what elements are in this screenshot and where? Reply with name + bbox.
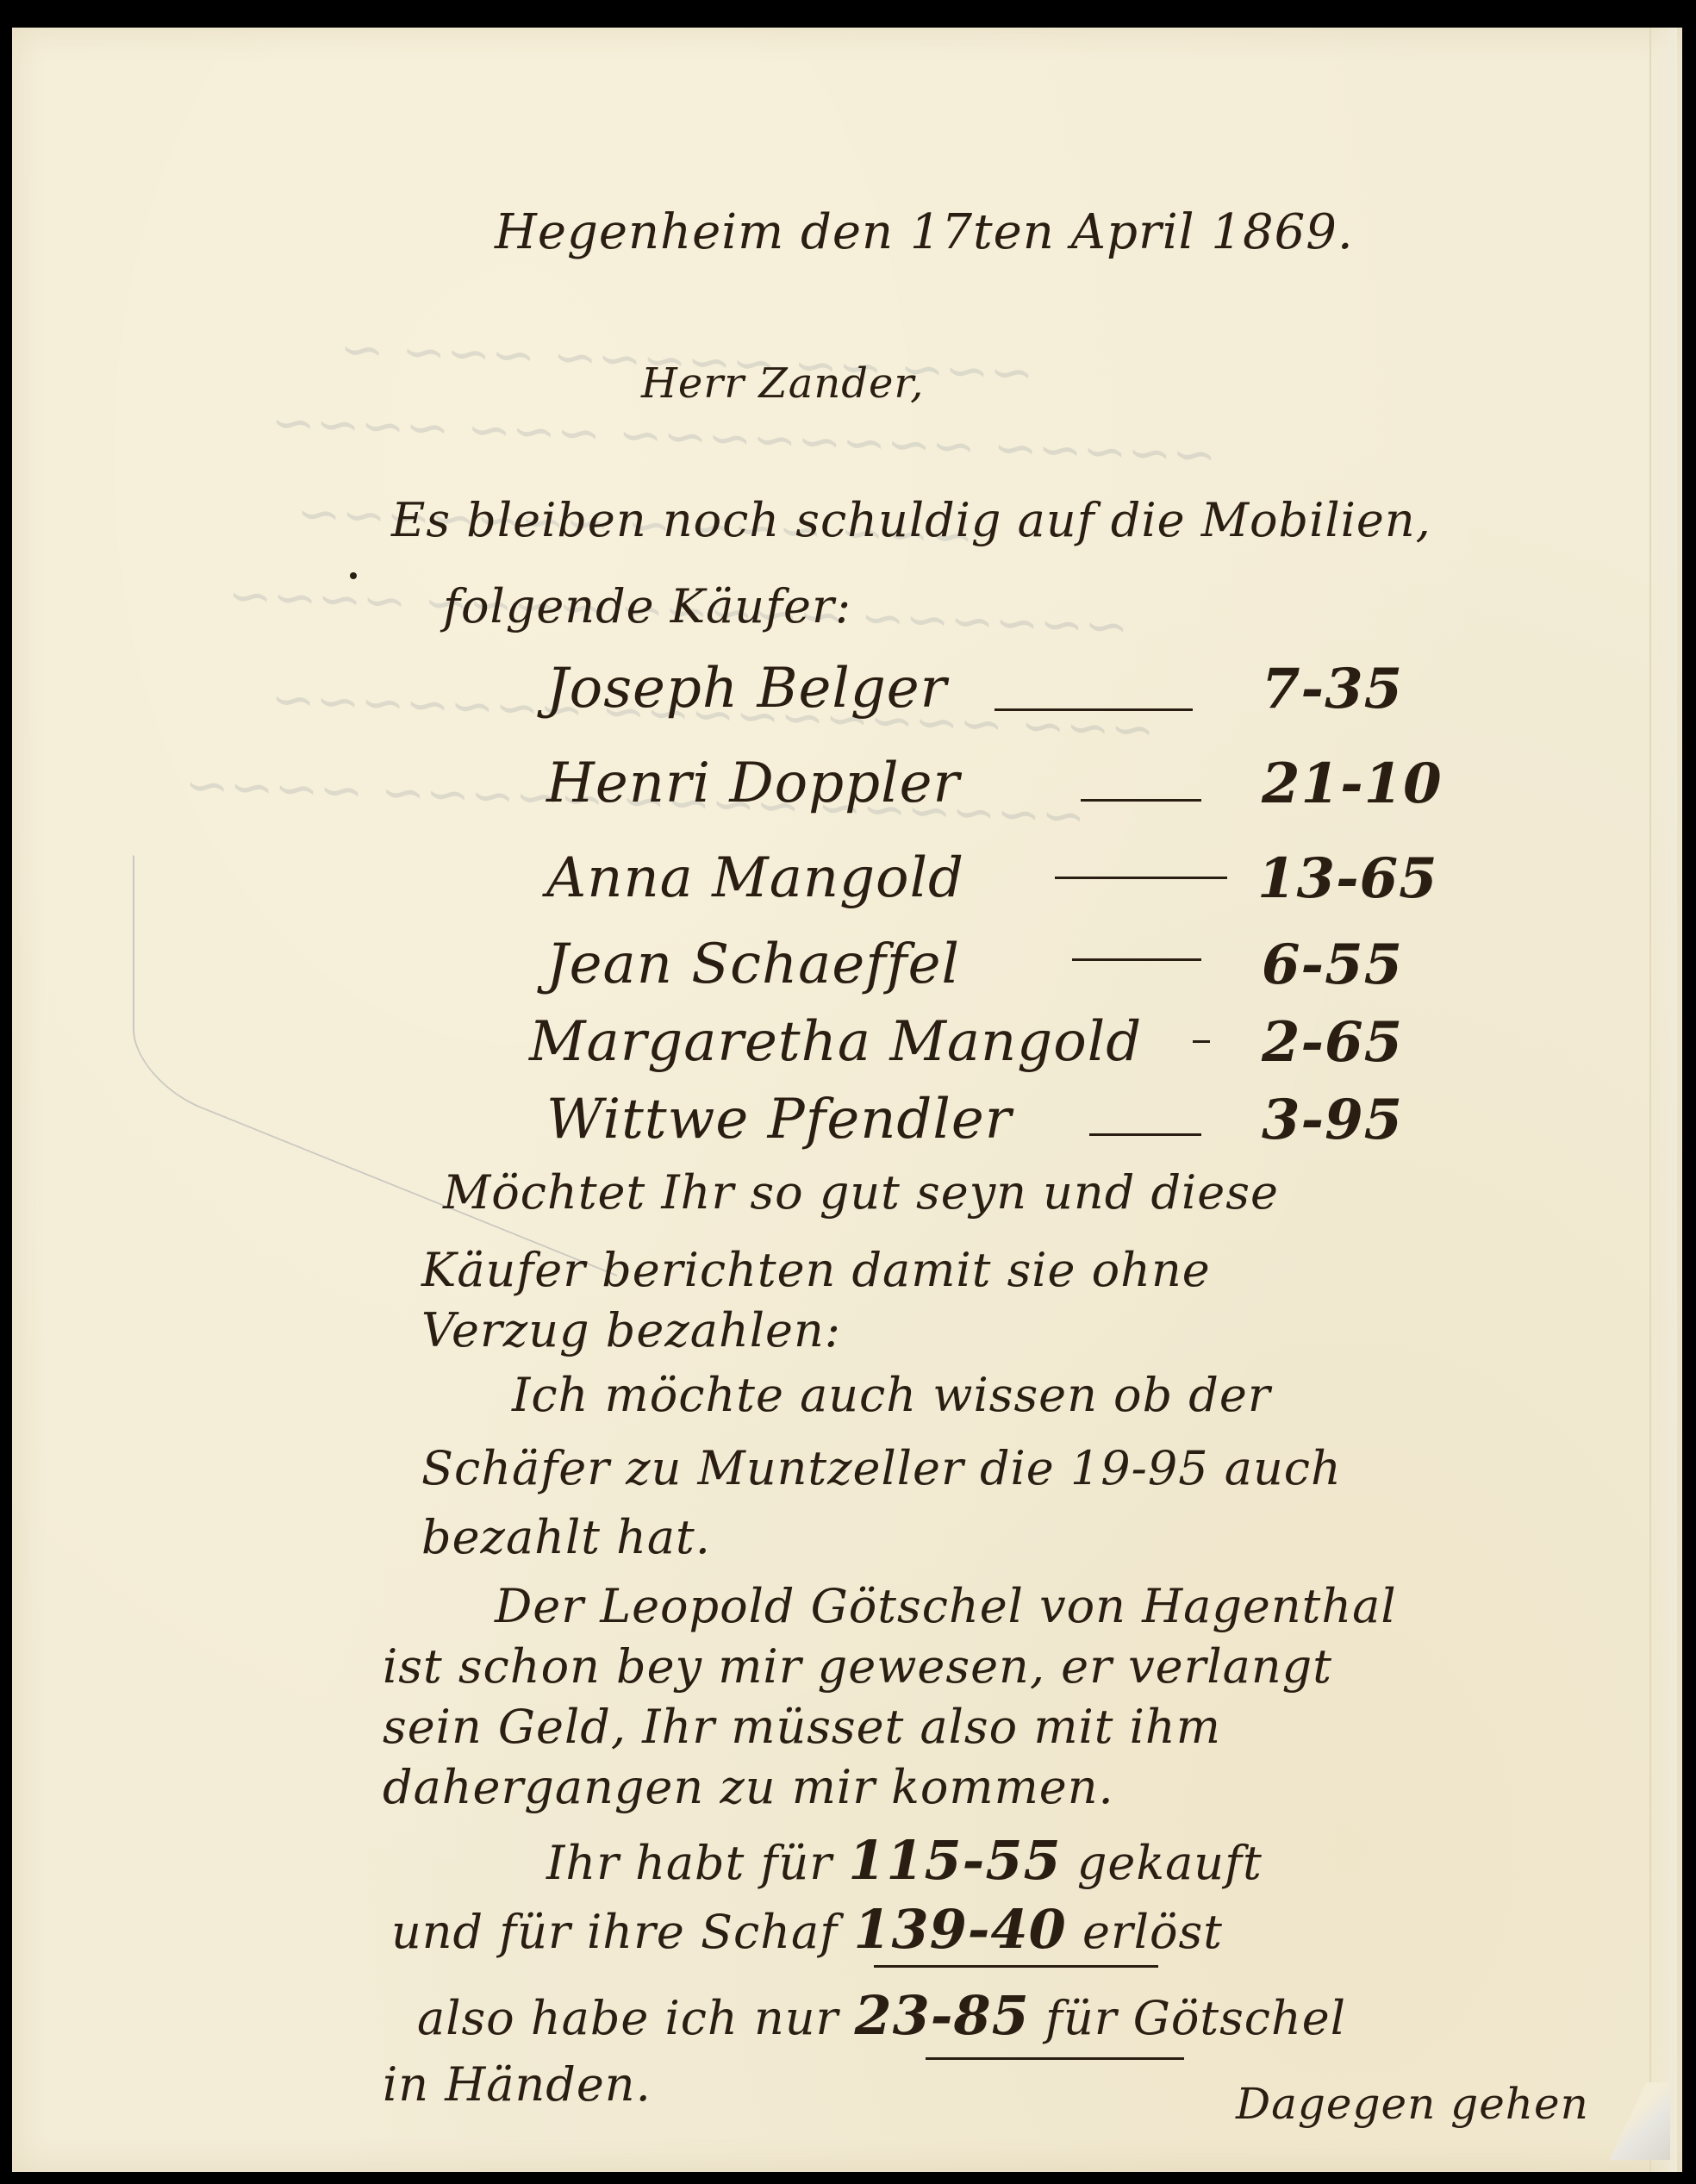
debtor-amount: 13-65: [1257, 846, 1438, 911]
place-date-heading: Hegenheim den 17ten April 1869.: [495, 204, 1354, 260]
debtor-amount: 7-35: [1262, 657, 1403, 721]
intro-line-1: Es bleiben noch schuldig auf die Mobilie…: [391, 493, 1431, 547]
text: gekauft: [1077, 1836, 1263, 1890]
paragraph-4-line-4: in Händen.: [383, 2057, 652, 2112]
debtor-name: Anna Mangold: [546, 846, 964, 910]
paragraph-3-line-4: dahergangen zu mir kommen.: [383, 1760, 1114, 1814]
paragraph-3-line-1: Der Leopold Götschel von Hagenthal: [495, 1579, 1397, 1633]
leader-line: [1055, 877, 1227, 879]
folded-corner: [1610, 2082, 1670, 2160]
paragraph-1-line-1: Möchtet Ihr so gut seyn und diese: [443, 1165, 1279, 1220]
debtor-amount: 6-55: [1262, 933, 1403, 997]
leader-line: [1072, 958, 1201, 961]
paragraph-1-line-3: Verzug bezahlen:: [421, 1303, 841, 1357]
text: und für ihre Schaf: [391, 1905, 838, 1959]
debtor-amount: 21-10: [1262, 752, 1443, 816]
balance-amount: 23-85: [855, 1984, 1030, 2047]
leader-line: [1193, 1040, 1210, 1043]
text: erlöst: [1082, 1905, 1223, 1959]
paragraph-3-line-3: sein Geld, Ihr müsset also mit ihm: [383, 1700, 1221, 1754]
paragraph-3-line-2: ist schon bey mir gewesen, er verlangt: [383, 1639, 1332, 1694]
paragraph-2-line-2: Schäfer zu Muntzeller die 19-95 auch: [421, 1441, 1342, 1495]
debtor-name: Wittwe Pfendler: [546, 1088, 1012, 1151]
paragraph-2-line-1: Ich möchte auch wissen ob der: [512, 1368, 1271, 1422]
debtor-name: Joseph Belger: [546, 657, 947, 721]
paragraph-4-line-2: und für ihre Schaf 139-40 erlöst: [391, 1898, 1223, 1961]
paragraph-1-line-2: Käufer berichten damit sie ohne: [421, 1243, 1211, 1297]
leader-line: [995, 708, 1193, 711]
debtor-amount: 2-65: [1262, 1010, 1403, 1075]
debtor-name: Jean Schaeffel: [546, 933, 960, 996]
paragraph-4-line-1: Ihr habt für 115-55 gekauft: [546, 1829, 1263, 1892]
text: Ihr habt für: [546, 1836, 832, 1890]
paragraph-2-line-3: bezahlt hat.: [421, 1510, 711, 1564]
leader-line: [1089, 1133, 1201, 1136]
debtor-name: Margaretha Mangold: [529, 1010, 1142, 1074]
sum-underline: [874, 1965, 1158, 1968]
debtor-amount: 3-95: [1262, 1088, 1403, 1152]
paragraph-4-line-3: also habe ich nur 23-85 für Götschel: [417, 1984, 1346, 2047]
leader-line: [1081, 799, 1201, 802]
proceeds-amount: 139-40: [853, 1898, 1066, 1961]
debtor-name: Henri Doppler: [546, 752, 960, 815]
catchword: Dagegen gehen: [1236, 2079, 1589, 2129]
intro-line-2: folgende Käufer:: [443, 579, 851, 633]
salutation: Herr Zander,: [641, 359, 924, 408]
ink-dot: [350, 572, 357, 579]
text: also habe ich nur: [417, 1991, 839, 2045]
letter-page: ~~~ ~~ ~~~~~ ~~~ ~ ~~~~~ ~~~~~~~~ ~~~ ~~…: [12, 28, 1682, 2172]
text: für Götschel: [1045, 1991, 1346, 2045]
purchase-amount: 115-55: [848, 1829, 1061, 1892]
balance-underline: [926, 2057, 1184, 2060]
